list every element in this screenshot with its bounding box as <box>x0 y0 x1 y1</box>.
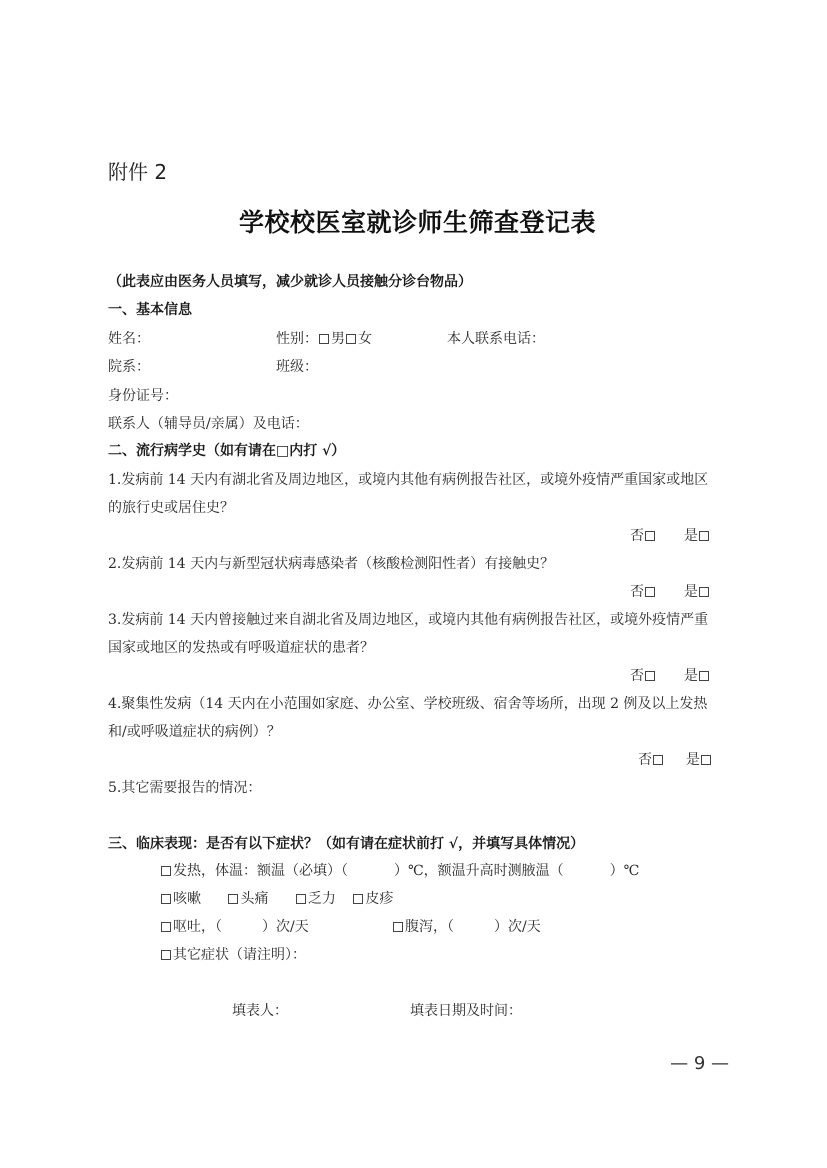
symptom-diarrhea: 腹泻，（）次/天 <box>392 916 541 936</box>
checkbox-fever[interactable] <box>161 866 171 876</box>
section-epidemiology-heading: 二、流行病学史（如有请在□内打 √） <box>108 440 345 460</box>
symptom-fatigue: 乏力 <box>308 891 336 907</box>
checkbox-headache[interactable] <box>228 894 238 904</box>
checkbox-q3-no[interactable] <box>645 671 655 681</box>
symptom-rash: 皮疹 <box>365 891 393 907</box>
datetime-label: 填表日期及时间： <box>410 1003 522 1019</box>
question-3-answer: 否 是 <box>630 665 711 685</box>
question-4-line2: 和/或呼吸道症状的病例）？ <box>108 721 281 741</box>
filler-label: 填表人： <box>232 1003 288 1019</box>
no-label: 否 <box>630 528 644 544</box>
no-label: 否 <box>638 752 652 768</box>
diarrhea-unit: ）次/天 <box>494 919 541 935</box>
field-phone[interactable]: 本人联系电话： <box>447 328 545 348</box>
question-1-line2: 的旅行史或居住史？ <box>108 497 234 517</box>
question-3-line2: 国家或地区的发热或有呼吸道症状的患者？ <box>108 637 374 657</box>
question-1-answer: 否 是 <box>630 525 711 545</box>
attachment-label: 附件 2 <box>108 156 167 185</box>
form-note: （此表应由医务人员填写，减少就诊人员接触分诊台物品） <box>108 271 472 291</box>
checkbox-q2-no[interactable] <box>645 587 655 597</box>
section-basic-info-heading: 一、基本信息 <box>108 299 192 319</box>
checkbox-female[interactable] <box>346 334 356 344</box>
checkbox-male[interactable] <box>319 334 329 344</box>
field-id-number-label: 身份证号： <box>108 388 178 404</box>
field-contact[interactable]: 联系人（辅导员/亲属）及电话： <box>108 413 309 433</box>
question-4-line1: 4.聚集性发病（14 天内在小范围如家庭、办公室、学校班级、宿舍等场所，出现 2… <box>108 693 707 713</box>
no-label: 否 <box>630 584 644 600</box>
checkbox-q4-no[interactable] <box>653 755 663 765</box>
field-class-label: 班级： <box>276 359 318 375</box>
field-id-number[interactable]: 身份证号： <box>108 385 178 405</box>
symptom-vomit: 呕吐，（）次/天 <box>160 916 309 936</box>
question-1-line1: 1.发病前 14 天内有湖北省及周边地区，或境内其他有病例报告社区，或境外疫情严… <box>108 469 708 489</box>
other-symptoms-label: 其它症状（请注明）： <box>173 947 306 963</box>
field-contact-label: 联系人（辅导员/亲属）及电话： <box>108 416 309 432</box>
yes-label: 是 <box>684 528 698 544</box>
yes-label: 是 <box>684 584 698 600</box>
checkbox-q2-yes[interactable] <box>699 587 709 597</box>
field-department[interactable]: 院系： <box>108 356 150 376</box>
field-gender-label: 性别： <box>276 331 318 347</box>
checkbox-diarrhea[interactable] <box>393 922 403 932</box>
checkbox-other[interactable] <box>161 950 171 960</box>
field-name-label: 姓名： <box>108 331 150 347</box>
question-5[interactable]: 5.其它需要报告的情况： <box>108 777 261 797</box>
fever-unit1: ）℃，额温升高时测腋温（ <box>394 863 564 879</box>
checkbox-q1-yes[interactable] <box>699 531 709 541</box>
field-phone-label: 本人联系电话： <box>447 331 545 347</box>
checkbox-q3-yes[interactable] <box>699 671 709 681</box>
question-4-answer: 否 是 <box>638 749 713 769</box>
page-number: — 9 — <box>670 1053 729 1074</box>
fever-label: 发热，体温：额温（必填）（ <box>173 863 348 879</box>
symptom-cough: 咳嗽 <box>173 891 201 907</box>
form-title: 学校校医室就诊师生筛查登记表 <box>0 203 827 239</box>
gender-male-label: 男 <box>331 331 345 347</box>
question-2-answer: 否 是 <box>630 581 711 601</box>
checkbox-q4-yes[interactable] <box>701 755 711 765</box>
yes-label: 是 <box>686 752 700 768</box>
yes-label: 是 <box>684 668 698 684</box>
fever-unit2: ）℃ <box>610 863 640 879</box>
question-2-line1: 2.发病前 14 天内与新型冠状病毒感染者（核酸检测阳性者）有接触史？ <box>108 553 554 573</box>
symptom-other: 其它症状（请注明）： <box>160 944 306 964</box>
diarrhea-label: 腹泻，（ <box>405 919 454 935</box>
field-gender: 性别：男女 <box>276 328 372 348</box>
symptom-row: 咳嗽 头痛 乏力 皮疹 <box>160 888 393 908</box>
field-class[interactable]: 班级： <box>276 356 318 376</box>
gender-female-label: 女 <box>358 331 372 347</box>
checkbox-cough[interactable] <box>161 894 171 904</box>
symptom-headache: 头痛 <box>240 891 268 907</box>
datetime-field[interactable]: 填表日期及时间： <box>410 1000 522 1020</box>
field-name[interactable]: 姓名： <box>108 328 150 348</box>
no-label: 否 <box>630 668 644 684</box>
field-department-label: 院系： <box>108 359 150 375</box>
filler-field[interactable]: 填表人： <box>232 1000 288 1020</box>
checkbox-q1-no[interactable] <box>645 531 655 541</box>
checkbox-vomit[interactable] <box>161 922 171 932</box>
checkbox-rash[interactable] <box>353 894 363 904</box>
section-clinical-heading: 三、临床表现：是否有以下症状？（如有请在症状前打 √，并填写具体情况） <box>108 833 584 853</box>
checkbox-fatigue[interactable] <box>296 894 306 904</box>
question-3-line1: 3.发病前 14 天内曾接触过来自湖北省及周边地区，或境内其他有病例报告社区，或… <box>108 609 708 629</box>
vomit-unit: ）次/天 <box>262 919 309 935</box>
vomit-label: 呕吐，（ <box>173 919 222 935</box>
symptom-fever-row: 发热，体温：额温（必填）（）℃，额温升高时测腋温（）℃ <box>160 860 639 880</box>
